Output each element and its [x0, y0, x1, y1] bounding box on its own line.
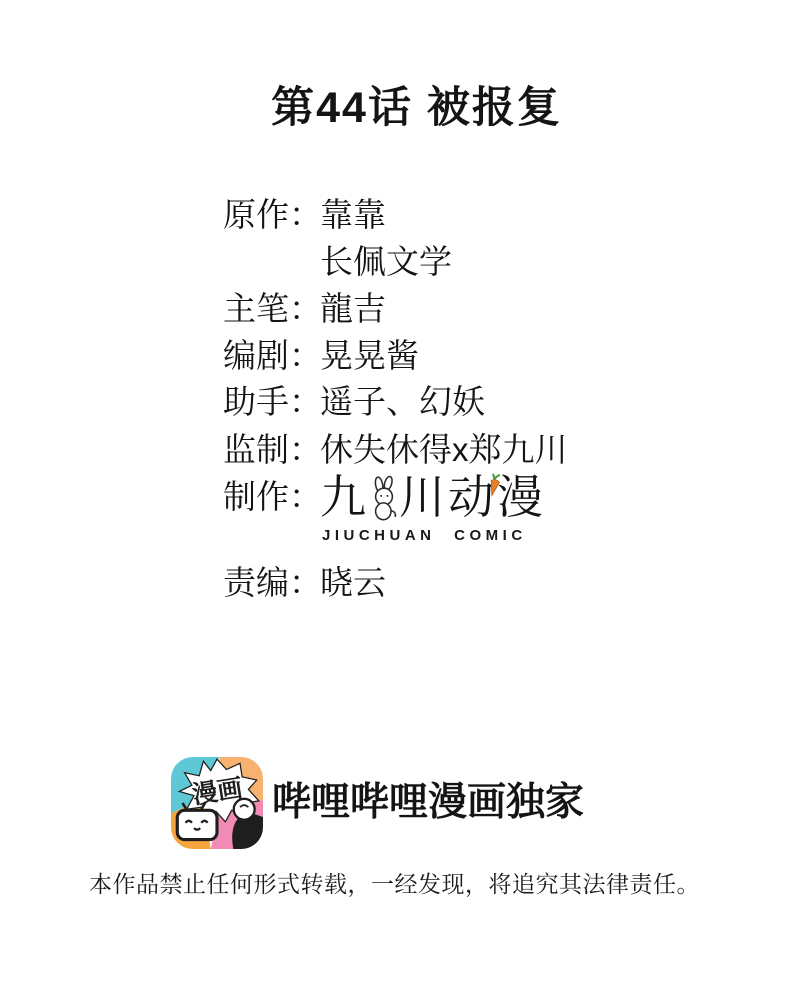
- studio-logo-subtext: JIUCHUAN COMIC: [322, 527, 527, 544]
- page-title: 第44话 被报复: [0, 74, 789, 135]
- credit-label: 助手：: [223, 382, 320, 422]
- credit-value: 晃晃酱: [320, 336, 419, 376]
- credit-label: 制作：: [223, 477, 320, 517]
- credit-row-supervisor: 监制： 休失休得x郑九川: [223, 430, 568, 470]
- credit-label: 监制：: [223, 430, 320, 470]
- disclaimer-text: 本作品禁止任何形式转载，一经发现，将追究其法律责任。: [0, 866, 789, 899]
- credit-value: 长佩文学: [320, 242, 452, 282]
- bilibili-manga-app-icon: 漫画: [171, 757, 263, 849]
- credit-row-editor: 责编： 晓云: [223, 563, 386, 603]
- credit-row-lead-artist: 主笔： 龍吉: [223, 289, 386, 329]
- credit-row-production: 制作： 九 川动: [223, 474, 546, 520]
- credit-row-screenwriter: 编剧： 晃晃酱: [223, 336, 419, 376]
- credit-row-original-work: 原作： 靠靠: [223, 195, 386, 235]
- credit-row-assistants: 助手： 遥子、幻妖: [223, 382, 485, 422]
- credit-label: 编剧：: [223, 336, 320, 376]
- credit-label: 原作：: [223, 195, 320, 235]
- credit-value: 遥子、幻妖: [320, 382, 485, 422]
- studio-logo-char: 九: [320, 474, 369, 520]
- credit-value: 龍吉: [320, 289, 386, 329]
- credit-value: 晓云: [320, 563, 386, 603]
- credit-value: 靠靠: [320, 195, 386, 235]
- studio-logo-last-char-wrap: 漫: [497, 474, 546, 520]
- credit-value: 休失休得x郑九川: [320, 430, 568, 470]
- studio-logo: 九 川动: [320, 474, 546, 520]
- platform-exclusive-text: 哔哩哔哩漫画独家: [272, 780, 584, 827]
- rabbit-icon: [370, 475, 398, 528]
- credit-label: 主笔：: [223, 289, 320, 329]
- credit-label: 责编：: [223, 563, 320, 603]
- credit-row-original-work-line2: 长佩文学: [223, 242, 452, 282]
- comic-credits-page: { "title": "第44话 被报复", "credits": { "row…: [0, 0, 789, 1007]
